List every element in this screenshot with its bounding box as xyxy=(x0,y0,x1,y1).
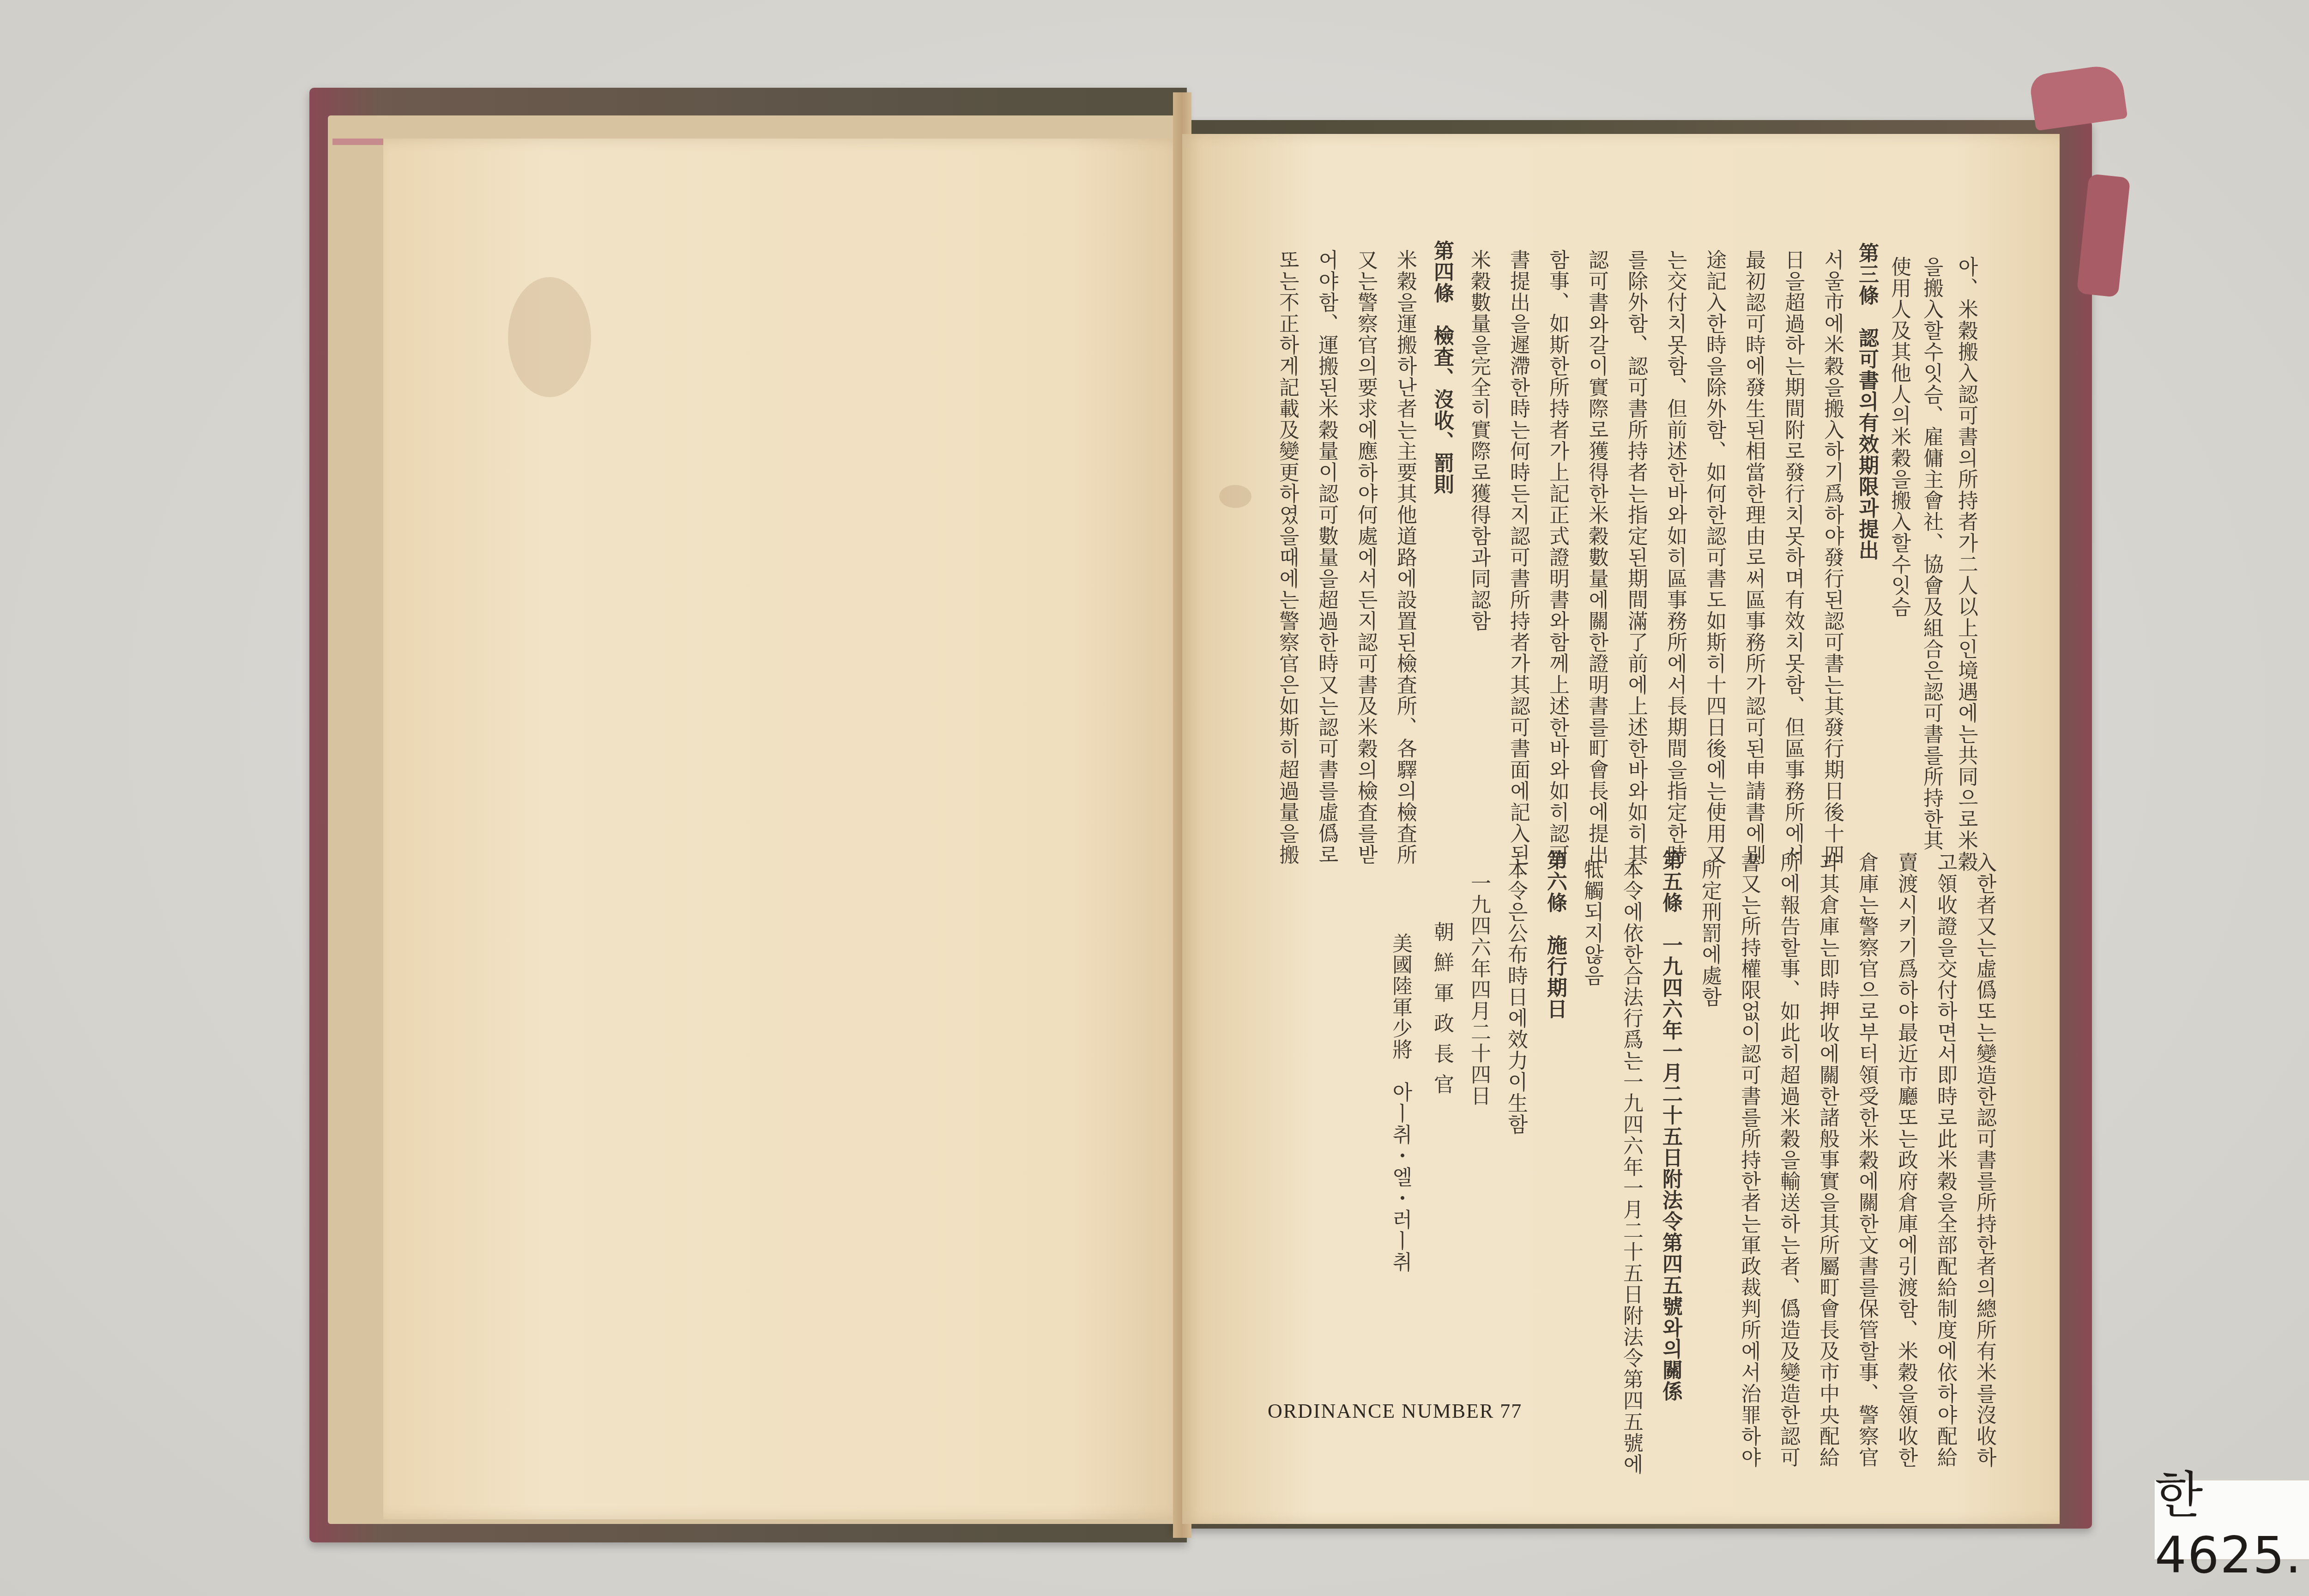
text-column: 最初認可時에發生된相當한理由로써區事務所가認可된申請書에別 xyxy=(1743,249,1764,865)
text-column: 어야함、運搬된米穀量이認可數量을超過한時又는認可書를虛僞로 xyxy=(1316,249,1336,865)
page-stain xyxy=(1219,485,1251,508)
text-column: 을搬入할수잇슴、雇傭主會社、協會及組合은認可書를所持한其 xyxy=(1921,256,1941,851)
text-column: 고領收證을交付하면서即時로此米穀을全部配給制度에依하야配給 xyxy=(1935,852,1955,1468)
text-column: 本令에依한合法行爲는一九四六年一月二十五日附法令第四五號에 xyxy=(1621,859,1641,1475)
text-column: 아、米穀搬入認可書의所持者가二人以上인境遇에는共同으로米穀 xyxy=(1956,256,1976,872)
text-column: 또는不正하게記載及變更하였을때에는警察官은如斯히超過量을搬 xyxy=(1277,249,1297,865)
date-line: 一九四六年四月二十四日 xyxy=(1469,873,1489,1106)
text-column: 入한者又는虛僞또는變造한認可書를所持한者의總所有米를沒收하 xyxy=(1974,852,1995,1468)
text-column: 所에報告할事、如此히超過米穀을輸送하는者、僞造及變造한認可 xyxy=(1778,852,1798,1468)
text-column: 本令은公布時日에效力이生함 xyxy=(1505,859,1526,1135)
text-column: 所定刑罰에處함 xyxy=(1699,859,1720,1008)
ordinance-footer: ORDINANCE NUMBER 77 xyxy=(1268,1399,1522,1423)
text-column: 書又는所持權限없이認可書를所持한者는軍政裁判所에서治罪하야 xyxy=(1739,852,1759,1468)
left-page-blank xyxy=(383,139,1189,1519)
article-heading: 第五條 一九四六年一月二十五日附法令第四五號와의關係 xyxy=(1660,850,1680,1402)
text-column: 는交付치못함、但前述한바와如히區事務所에서長期間을指定한時 xyxy=(1665,249,1685,865)
article-heading: 第三條 認可書의有效期限과提出 xyxy=(1856,242,1877,561)
text-column: 米穀數量을完全히實際로獲得함과同認함 xyxy=(1469,249,1489,632)
page-stain xyxy=(508,277,591,397)
text-column: 米穀을運搬하난者는主要其他道路에設置된檢査所、各驛의檢査所 xyxy=(1395,249,1415,865)
text-column: 를除外함、認可書所持者는指定된期間滿了前에上述한바와如히其 xyxy=(1626,249,1646,865)
text-column: 함事、如斯한所持者가上記正式證明書와함께上述한바와如히認可 xyxy=(1547,249,1567,865)
text-column: 賣渡시키기爲하야最近市廳또는政府倉庫에引渡함、米穀을領收한 xyxy=(1896,852,1916,1468)
text-column: 書提出을遲滯한時는何時든지認可書所持者가其認可書面에記入된 xyxy=(1508,249,1528,865)
signatory-name: 美國陸軍少將 아ㅣ취・엘・러ㅣ취 xyxy=(1390,933,1410,1273)
text-column: 使用人及其他人의米穀을搬入할수잇슴 xyxy=(1889,256,1909,617)
text-column: 途記入한時을除外함、如何한認可書도如斯히十四日後에는使用又 xyxy=(1704,249,1724,865)
endpaper-stripe xyxy=(332,139,388,145)
text-column: 과其倉庫는即時押收에關한諸般事實을其所屬町會長及市中央配給 xyxy=(1817,852,1838,1468)
text-column: 서울市에米穀을搬入하기爲하야發行된認可書는其發行期日後十四 xyxy=(1822,249,1842,865)
signatory-title: 朝鮮軍政長官 xyxy=(1432,921,1452,1104)
catalog-label: 한4625. xyxy=(2154,1480,2309,1560)
text-column: 又는警察官의要求에應하야何處에서든지認可書及米穀의檢査를받 xyxy=(1355,249,1376,865)
text-column: 日을超過하는期間附로發行치못하며有效치못함、但區事務所에서 xyxy=(1783,249,1803,865)
text-column: 倉庫는警察官으로부터領受한米穀에關한文書를保管할事、警察官 xyxy=(1856,852,1877,1468)
text-column: 認可書와갈이實際로獲得한米穀數量에關한證明書를町會長에提出 xyxy=(1586,249,1607,865)
text-column: 牴觸되지않음 xyxy=(1582,859,1602,986)
article-heading: 第六條 施行期日 xyxy=(1545,850,1565,1020)
article-heading: 第四條 檢査、沒收、罰則 xyxy=(1432,240,1452,495)
